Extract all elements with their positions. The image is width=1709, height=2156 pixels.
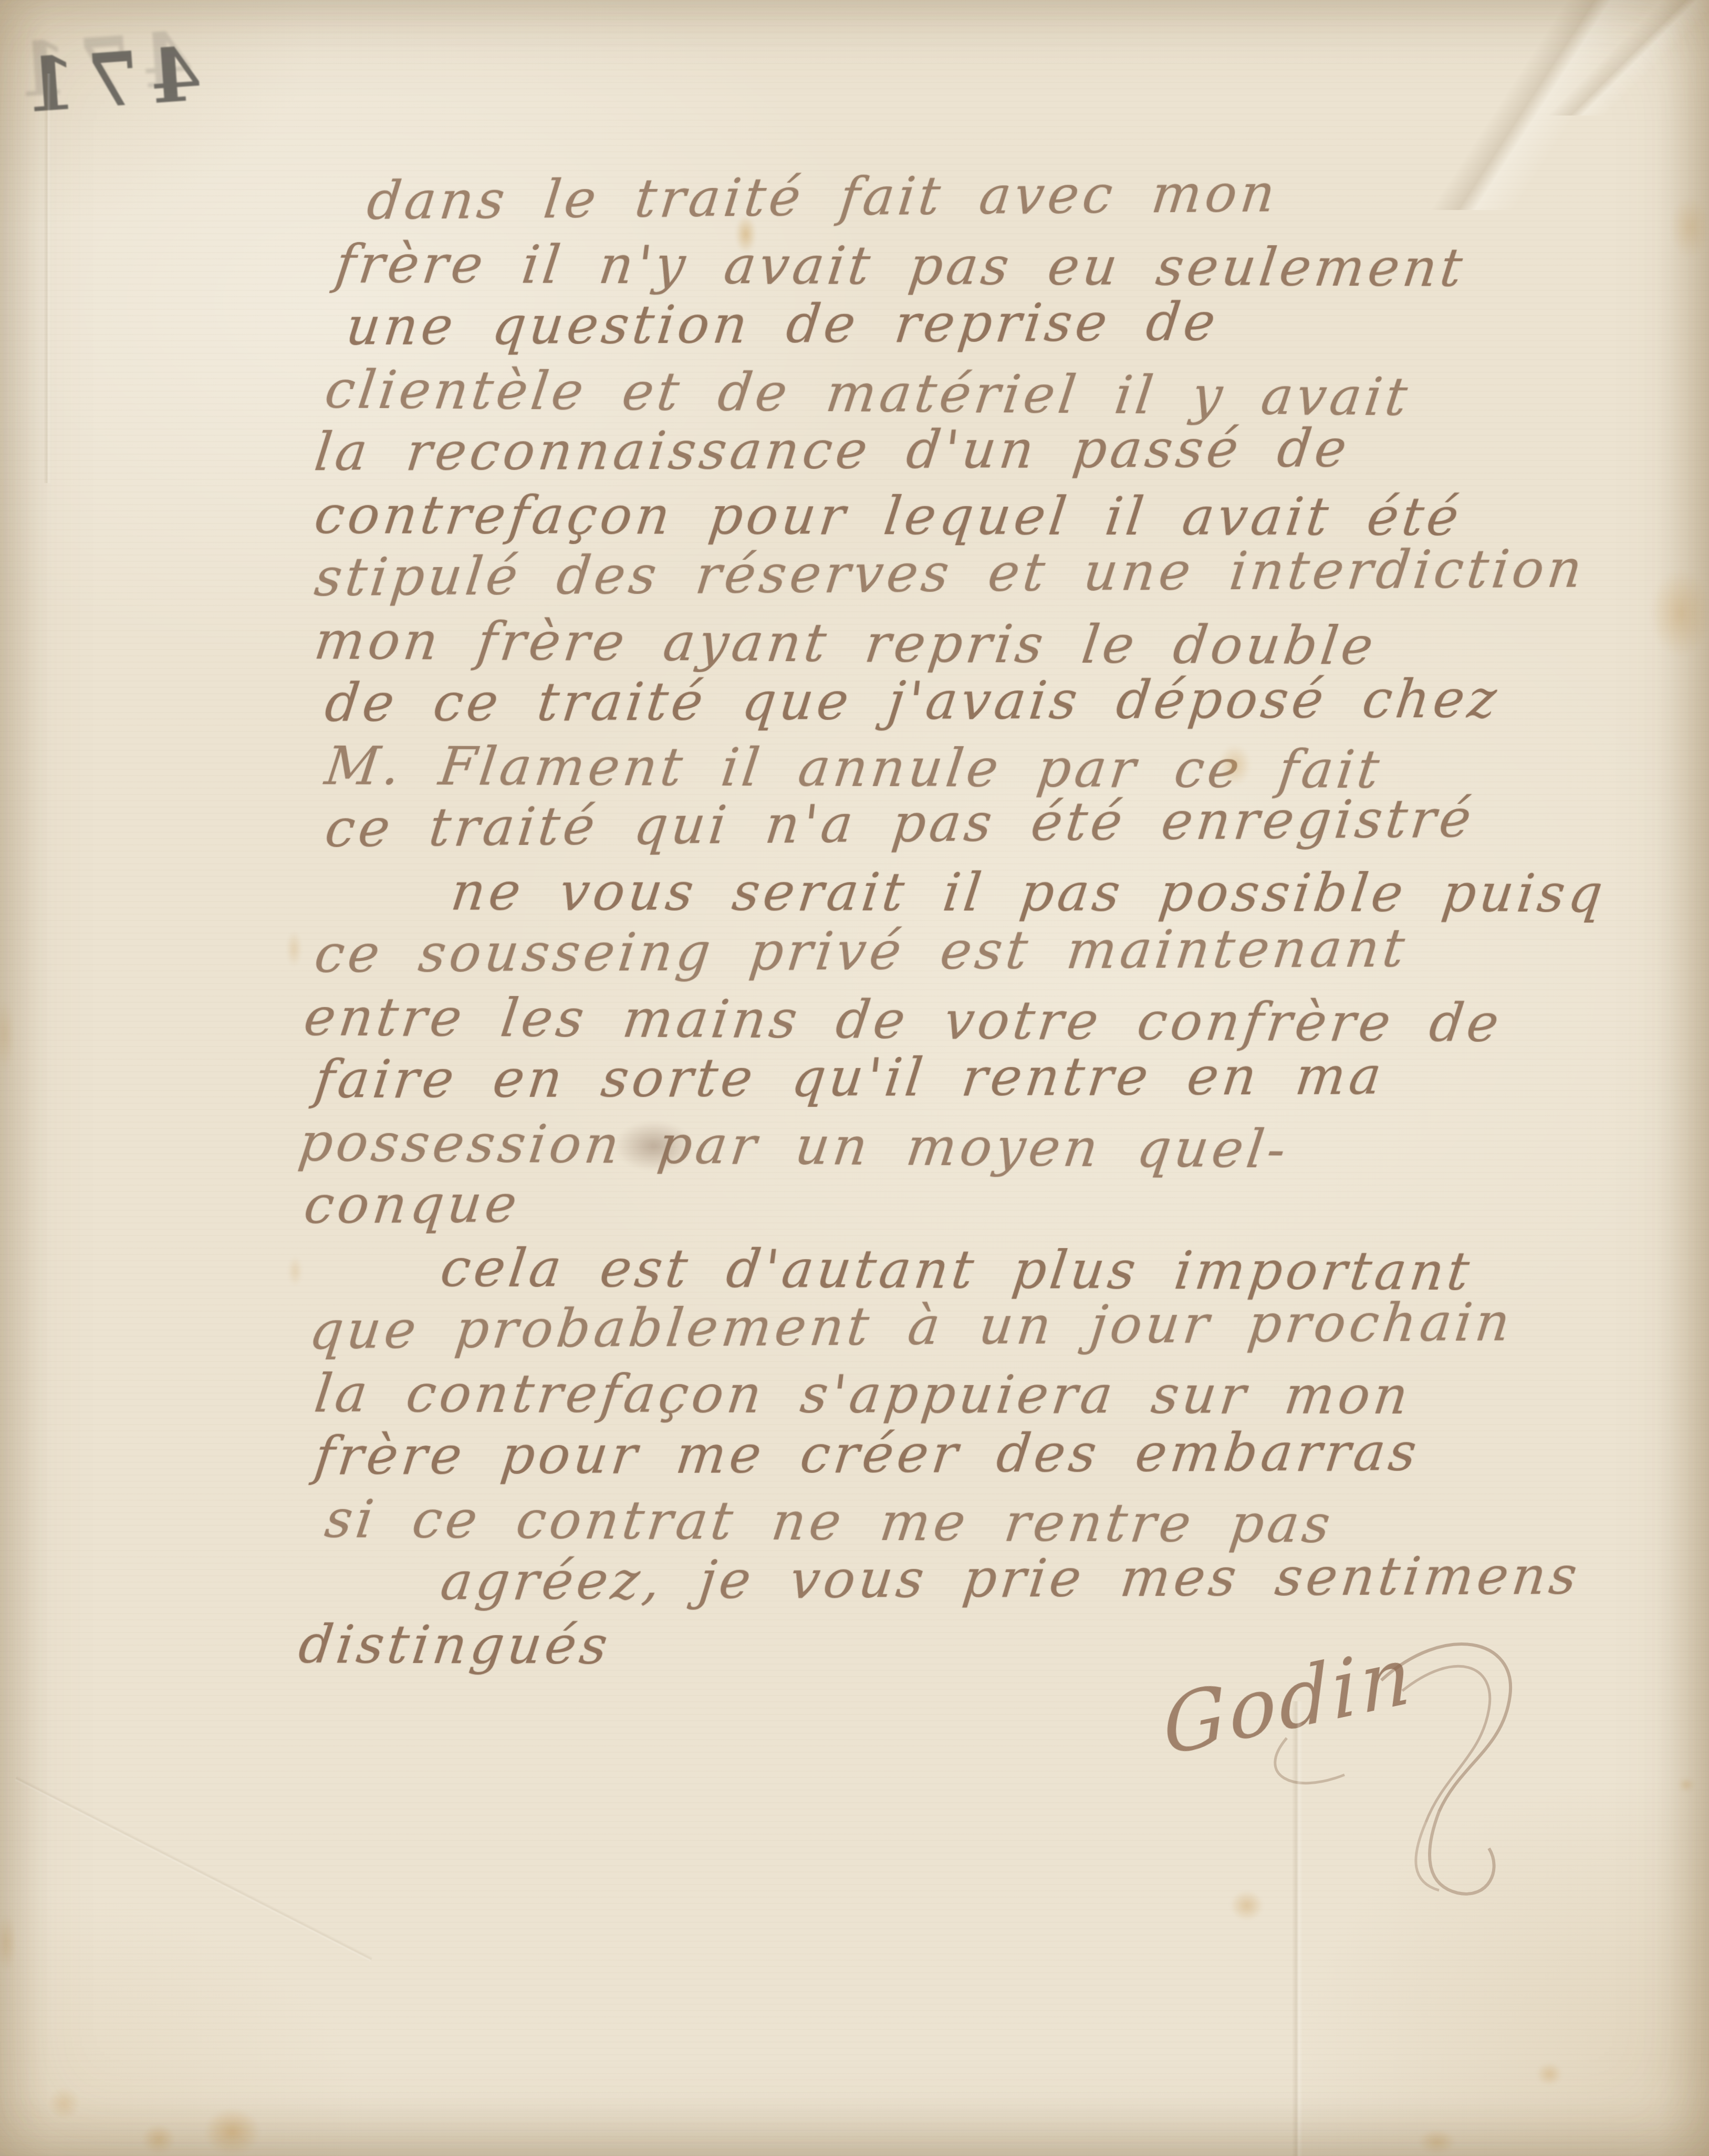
foxing-stain <box>1670 197 1709 257</box>
handwritten-line: possession par un moyen quel- <box>295 1112 1293 1180</box>
letter-page: 471 dans le traité fait avec monfrère il… <box>0 0 1709 2156</box>
handwritten-line: que probablement à un jour prochain <box>306 1291 1517 1361</box>
foxing-stain <box>288 1256 303 1286</box>
paper-crease <box>42 74 53 483</box>
handwritten-line: frère pour me créer des embarras <box>311 1421 1423 1487</box>
handwritten-line: clientèle et de matériel il y avait <box>321 359 1414 427</box>
folio-number-stamp-mirrored: 471 <box>11 32 205 131</box>
foxing-stain <box>204 2108 260 2155</box>
paper-crease <box>1334 0 1709 210</box>
handwritten-line: conque <box>301 1173 524 1236</box>
handwritten-line: ne vous serait il pas possible puisq <box>448 861 1610 924</box>
handwritten-line: distingués <box>296 1614 615 1676</box>
handwritten-line: faire en sorte qu'il rentre en ma <box>311 1045 1388 1110</box>
handwritten-line: dans le traité fait avec mon <box>364 162 1281 232</box>
handwritten-line: ce traité qui n'a pas été enregistré <box>322 788 1478 859</box>
foxing-stain <box>0 998 14 1071</box>
handwritten-line: contrefaçon pour lequel il avait été <box>311 484 1466 548</box>
handwritten-line: entre les mains de votre confrère de <box>301 986 1506 1054</box>
handwritten-line: stipulé des réserves et une interdiction <box>311 538 1589 608</box>
handwritten-line: de ce traité que j'avais déposé chez <box>322 668 1503 734</box>
paper-crease <box>14 1775 373 1963</box>
handwritten-line: agréez, je vous prie mes sentimens <box>437 1545 1584 1612</box>
handwritten-line: ce sousseing privé est maintenant <box>311 917 1411 985</box>
foxing-stain <box>1649 570 1709 656</box>
handwritten-line: si ce contrat ne me rentre pas <box>322 1488 1338 1555</box>
handwritten-line: une question de reprise de <box>343 291 1222 357</box>
handwritten-line: la contrefaçon s'appuiera sur mon <box>311 1363 1415 1426</box>
foxing-stain <box>1230 1890 1264 1921</box>
foxing-stain <box>142 2124 175 2154</box>
signature-godin: Godin <box>1161 1627 1416 1774</box>
handwritten-line: la reconnaissance d'un passé de <box>311 417 1353 483</box>
handwritten-line: frère il n'y avait pas eu seulement <box>332 233 1470 298</box>
paper-crease <box>1549 0 1709 116</box>
handwritten-line: mon frère ayant repris le double <box>311 610 1381 677</box>
foxing-stain <box>1418 2129 1456 2154</box>
foxing-stain <box>48 2087 80 2120</box>
foxing-stain <box>286 930 302 967</box>
foxing-stain <box>1536 2063 1562 2086</box>
foxing-stain <box>0 1914 16 1972</box>
paper-crease <box>1289 1701 1305 2156</box>
foxing-stain <box>1678 1777 1695 1792</box>
